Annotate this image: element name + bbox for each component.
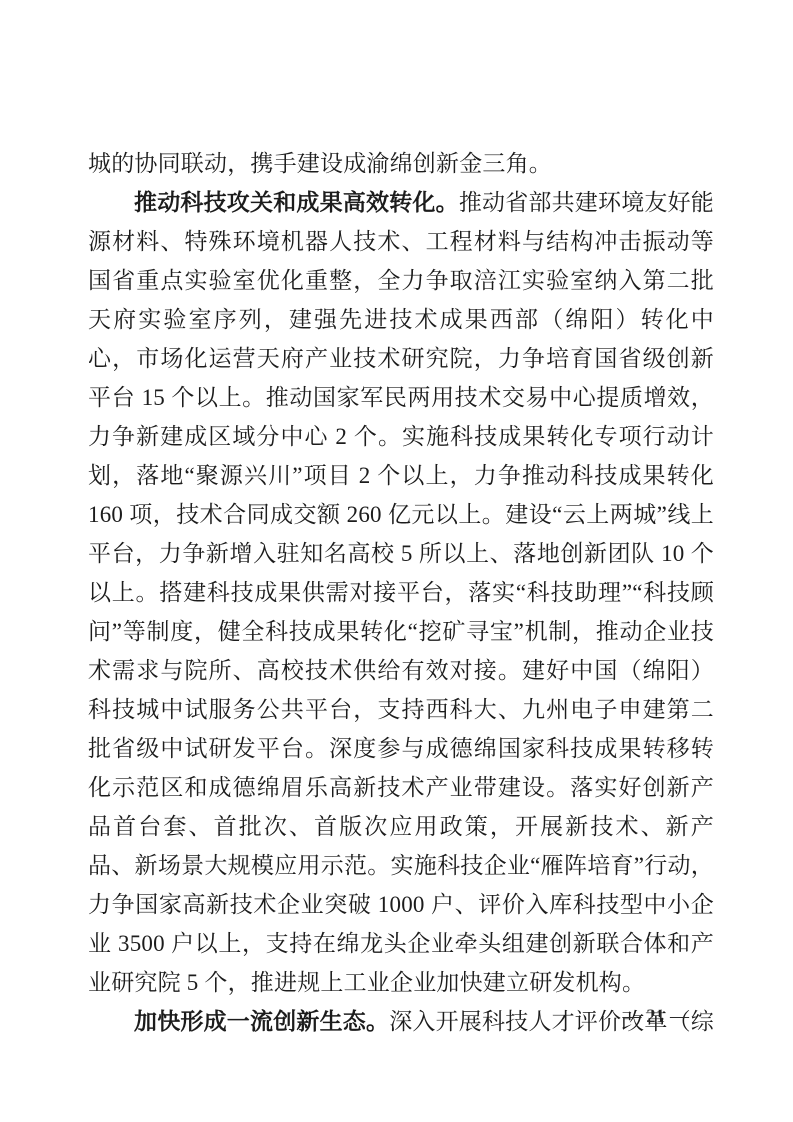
document-page: 城的协同联动，携手建设成渝绵创新金三角。推动科技攻关和成果高效转化。推动省部共建… bbox=[0, 0, 793, 1122]
paragraph: 推动科技攻关和成果高效转化。推动省部共建环境友好能源材料、特殊环境机器人技术、工… bbox=[88, 183, 714, 1002]
page-number: — 21 — bbox=[623, 1004, 690, 1030]
text-run: 城的协同联动，携手建设成渝绵创新金三角。 bbox=[88, 151, 552, 176]
heading-run: 推动科技攻关和成果高效转化。 bbox=[134, 190, 459, 215]
text-run: 推动省部共建环境友好能源材料、特殊环境机器人技术、工程材料与结构冲击振动等国省重… bbox=[88, 190, 714, 995]
paragraph: 加快形成一流创新生态。深入开展科技人才评价改革（综 bbox=[88, 1002, 714, 1041]
paragraph: 城的协同联动，携手建设成渝绵创新金三角。 bbox=[88, 144, 714, 183]
body-text: 城的协同联动，携手建设成渝绵创新金三角。推动科技攻关和成果高效转化。推动省部共建… bbox=[88, 144, 714, 1041]
heading-run: 加快形成一流创新生态。 bbox=[134, 1009, 389, 1034]
